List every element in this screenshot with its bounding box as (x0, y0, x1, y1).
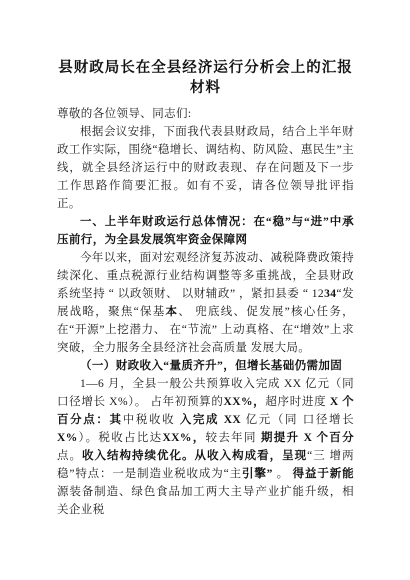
text-run: 县财政局长在全县经济运行分析会上的汇报材料 (58, 60, 353, 96)
document-page: 县财政局长在全县经济运行分析会上的汇报材料尊敬的各位领导、同志们:根据会议安排，… (0, 0, 410, 580)
text-run: 一、上半年财政运行总体情况：在“稳”与“进”中承压前行，为全县发展筑牢资金保障网 (57, 216, 354, 246)
text-run: 期提升 X 个百分 (261, 432, 354, 444)
text-run: 点。 (57, 450, 82, 462)
text-run: X% (57, 432, 78, 444)
sub-heading-1: （一）财政收入“量质齐升”，但增长基础仍需加固 (57, 357, 354, 375)
text-run: 今年以来，面对宏观经济复苏波动、减税降费政策持续深化、重点税源行业结构调整等多重… (57, 252, 354, 300)
section-heading-1: 一、上半年财政运行总体情况：在“稳”与“进”中承压前行，为全县发展筑牢资金保障网 (57, 213, 354, 249)
text-run: 根据会议安排，下面我代表县财政局，结合上半年财政工作实际，围绕“稳增长、调结构、… (57, 126, 354, 210)
text-run: 本 (166, 306, 179, 318)
paragraph-overview: 今年以来，面对宏观经济复苏波动、减税降费政策持续深化、重点税源行业结构调整等多重… (57, 249, 354, 357)
text-run: （一）财政收入“量质齐升”，但增长基础仍需加固 (80, 360, 342, 372)
paragraph-intro: 根据会议安排，下面我代表县财政局，结合上半年财政工作实际，围绕“稳增长、调结构、… (57, 123, 354, 213)
doc-title: 县财政局长在全县经济运行分析会上的汇报材料 (57, 58, 354, 98)
text-run: 较去年同 (206, 432, 261, 444)
text-run: XX%， (224, 396, 266, 408)
text-run: 收入结构持续优化。从收入构成看，呈现 (82, 450, 307, 462)
text-run: 引擎” (242, 468, 273, 480)
text-run: 尊敬的各位领导、同志们: (57, 108, 192, 120)
text-run: 亿元（同 口径增长 (241, 414, 354, 426)
text-run: 34 (324, 288, 336, 300)
text-run: XX%， (162, 432, 205, 444)
text-run: 超序时进度 (265, 396, 329, 408)
text-run: ）。税收占比达 (78, 432, 163, 444)
document-content: 县财政局长在全县经济运行分析会上的汇报材料尊敬的各位领导、同志们:根据会议安排，… (0, 0, 410, 519)
text-run: 中税收收 (123, 414, 180, 426)
greeting-line: 尊敬的各位领导、同志们: (57, 105, 354, 123)
text-run: 源装备制造、绿色食品加工两大主导产业扩能升级，相关企业税 (57, 486, 354, 516)
text-run: 入完成 XX (180, 414, 241, 426)
text-run: 得益于新能 (293, 468, 354, 480)
text-run: 。 (273, 468, 293, 480)
paragraph-revenue: 1—6 月，全县一般公共预算收入完成 XX 亿元（同口径增长 X%）。 占年初预… (57, 375, 354, 519)
